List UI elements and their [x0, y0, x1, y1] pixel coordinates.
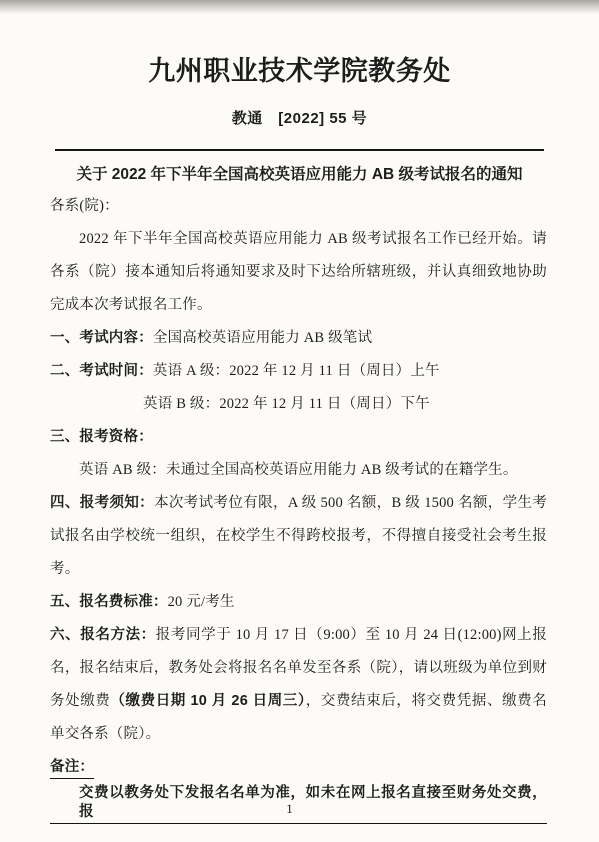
item-2-text-b: 英语 B 级：2022 年 12 月 11 日（周日）下午 [143, 396, 430, 412]
item-notes: 四、报考须知：本次考试考位有限，A 级 500 名额，B 级 1500 名额，学… [50, 487, 547, 586]
item-fee: 五、报名费标准：20 元/考生 [50, 586, 547, 619]
item-registration-method: 六、报名方法：报考同学于 10 月 17 日（9:00）至 10 月 24 日(… [50, 619, 547, 751]
issuer-title: 九州职业技术学院教务处 [0, 54, 599, 88]
remark-heading: 备注： [50, 751, 547, 784]
intro-paragraph: 2022 年下半年全国高校英语应用能力 AB 级考试报名工作已经开始。请各系（院… [50, 223, 547, 322]
page-number: 1 [0, 801, 599, 817]
item-2-label: 二、考试时间： [50, 363, 153, 379]
item-2-text-a: 英语 A 级：2022 年 12 月 11 日（周日）上午 [153, 363, 440, 379]
notice-body: 各系(院)： 2022 年下半年全国高校英语应用能力 AB 级考试报名工作已经开… [0, 190, 599, 829]
item-eligibility-text: 英语 AB 级：未通过全国高校英语应用能力 AB 级考试的在籍学生。 [50, 454, 547, 487]
item-6-payment-date: （缴费日期 10 月 26 日周三） [110, 693, 305, 709]
item-6-label: 六、报名方法： [50, 627, 156, 643]
item-3-label: 三、报考资格： [50, 429, 153, 445]
item-exam-time: 二、考试时间：英语 A 级：2022 年 12 月 11 日（周日）上午 [50, 355, 547, 388]
item-exam-content: 一、考试内容：全国高校英语应用能力 AB 级笔试 [50, 322, 547, 355]
item-1-label: 一、考试内容： [50, 330, 153, 346]
document-header: 九州职业技术学院教务处 教通 [2022] 55 号 [0, 0, 599, 151]
item-4-label: 四、报考须知： [50, 495, 154, 511]
item-5-text: 20 元/考生 [168, 594, 235, 610]
document-page: 九州职业技术学院教务处 教通 [2022] 55 号 关于 2022 年下半年全… [0, 0, 599, 842]
item-exam-time-b: 英语 B 级：2022 年 12 月 11 日（周日）下午 [50, 388, 547, 421]
header-rule [55, 149, 544, 151]
item-5-label: 五、报名费标准： [50, 594, 168, 610]
item-eligibility: 三、报考资格： [50, 421, 547, 454]
document-number: 教通 [2022] 55 号 [0, 109, 599, 129]
notice-subject: 关于 2022 年下半年全国高校英语应用能力 AB 级考试报名的通知 [40, 164, 559, 186]
remark-label: 备注： [50, 758, 94, 779]
salutation: 各系(院)： [50, 190, 547, 223]
item-1-text: 全国高校英语应用能力 AB 级笔试 [153, 330, 372, 346]
